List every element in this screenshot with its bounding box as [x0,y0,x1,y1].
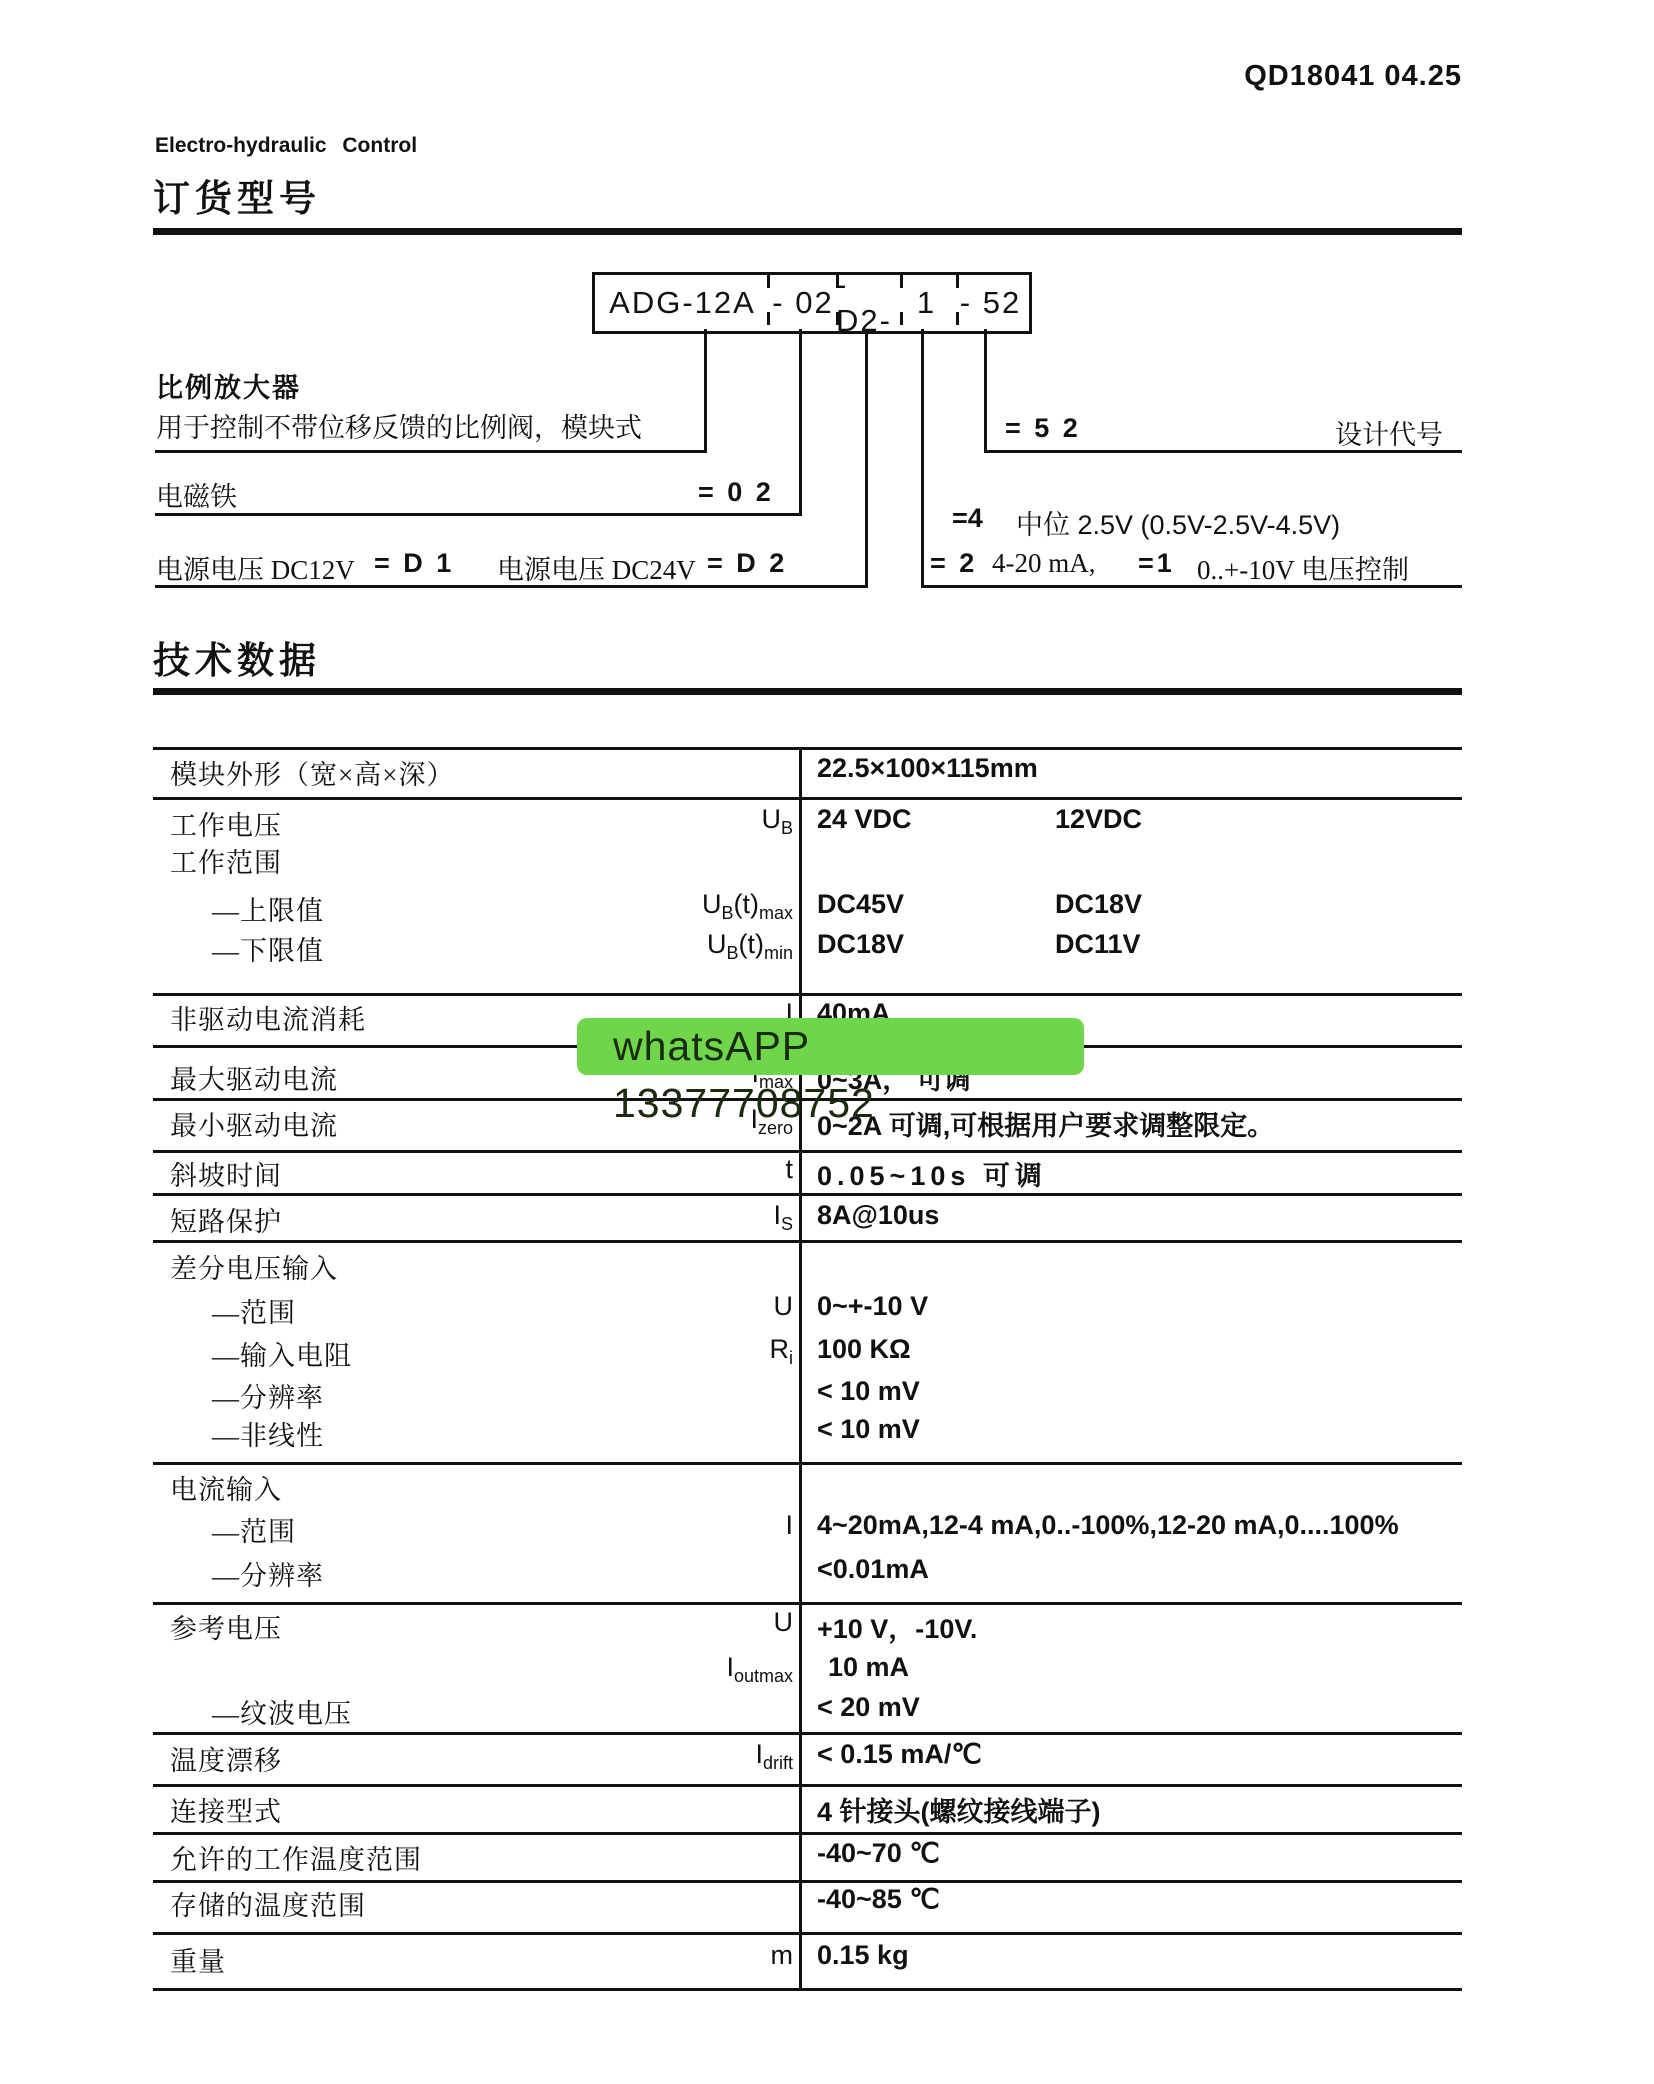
spec-row: 工作电压 UB 24 VDC 12VDC [0,804,1654,840]
spec-row: —输入电阻 Ri 100 KΩ [0,1334,1654,1370]
code-leader-line [799,329,802,516]
code-leader-line [704,329,707,453]
supply-dc12-code: = D 1 [374,548,454,579]
spec-row: 模块外形（宽×高×深） 22.5×100×115mm [0,753,1654,789]
spec-row: —分辨率 <0.01mA [0,1554,1654,1590]
row-label: —输入电阻 [212,1334,352,1373]
table-rule [153,797,1462,800]
row-value-2: DC18V [1055,889,1142,920]
row-value: 4~20mA,12-4 mA,0..-100%,12-20 mA,0....10… [817,1510,1399,1541]
option1-text: 0..+-10V 电压控制 [1197,548,1409,587]
row-label: —范围 [212,1291,296,1330]
row-value: < 0.15 mA/℃ [817,1739,982,1770]
row-symbol: U [560,1291,793,1322]
row-value: DC18V [817,929,904,960]
spec-row: 重量 m 0.15 kg [0,1940,1654,1976]
row-symbol: IS [560,1200,793,1235]
row-symbol: UB [560,804,793,839]
code-leader-line [865,329,868,588]
row-label: —非线性 [212,1414,324,1453]
spec-row: Ioutmax 10 mA [0,1652,1654,1688]
table-rule [153,1988,1462,1991]
amplifier-description: 用于控制不带位移反馈的比例阀，模块式 [156,406,642,445]
code-divider-tick [836,275,839,288]
row-symbol: m [560,1940,793,1971]
option4-code: =4 [952,503,983,534]
row-value-2: 12VDC [1055,804,1142,835]
supply-dc24-code: = D 2 [707,548,787,579]
row-label: —纹波电压 [212,1692,352,1731]
solenoid-code: = 0 2 [698,477,774,508]
model-code-box: ADG-12A - 02 - D2- 1 - 52 [592,272,1032,334]
supply-dc24-label: 电源电压 DC24V [497,548,696,587]
spec-row: —上限值 UB(t)max DC45V DC18V [0,889,1654,925]
spec-row: 工作范围 [0,841,1654,877]
row-value: 0.05~10s 可调 [817,1154,1047,1193]
row-symbol: UB(t)min [560,929,793,964]
table-rule [153,1784,1462,1787]
row-symbol: Idrift [560,1739,793,1774]
code-divider-tick [900,312,903,325]
spec-row: 斜坡时间 t 0.05~10s 可调 [0,1154,1654,1190]
row-value: <0.01mA [817,1554,929,1585]
amplifier-title: 比例放大器 [156,366,301,405]
datasheet-page: QD18041 04.25 Electro-hydraulic Control … [0,0,1654,2084]
row-value: < 20 mV [817,1692,920,1723]
row-label: 短路保护 [170,1200,282,1239]
row-value: 8A@10us [817,1200,939,1231]
table-rule [153,1880,1462,1883]
row-label: 非驱动电流消耗 [170,998,366,1037]
row-label: 重量 [170,1940,226,1979]
code-segment: - D2- [836,275,899,331]
row-value: -40~70 ℃ [817,1838,940,1869]
row-symbol: U [560,1607,793,1638]
row-value: 10 mA [828,1652,909,1683]
row-value: < 10 mV [817,1414,920,1445]
code-rule [155,513,802,516]
design-code: = 5 2 [1005,413,1081,444]
section-rule [153,688,1462,695]
code-segment: - 52 [954,275,1027,331]
spec-row: 允许的工作温度范围 -40~70 ℃ [0,1838,1654,1874]
spec-row: —范围 U 0~+-10 V [0,1291,1654,1327]
row-value-2: DC11V [1055,929,1141,960]
row-label: 电流输入 [170,1468,282,1507]
code-divider-tick [956,312,959,325]
table-rule [153,1240,1462,1243]
spec-row: —纹波电压 < 20 mV [0,1692,1654,1728]
row-label: 斜坡时间 [170,1154,282,1193]
table-rule [153,1150,1462,1153]
design-label: 设计代号 [1335,413,1443,452]
watermark-badge: whatsAPP 13377708752 [577,1018,1084,1075]
row-symbol: UB(t)max [560,889,793,924]
table-rule [153,1602,1462,1605]
row-label: 工作电压 [170,804,282,843]
table-rule [153,1932,1462,1935]
table-rule [153,1193,1462,1196]
row-value: 4 针接头(螺纹接线端子) [817,1790,1101,1829]
spec-row: —范围 I 4~20mA,12-4 mA,0..-100%,12-20 mA,0… [0,1510,1654,1546]
option4-text: 中位 2.5V (0.5V-2.5V-4.5V) [1016,503,1340,542]
table-rule [153,993,1462,996]
row-label: —上限值 [212,889,324,928]
row-value: 0~+-10 V [817,1291,928,1322]
row-label: —分辨率 [212,1554,324,1593]
row-label: 最小驱动电流 [170,1104,338,1143]
row-label: 工作范围 [170,841,282,880]
code-segment: - 02 [770,275,836,331]
solenoid-label: 电磁铁 [156,475,237,514]
code-divider-tick [836,312,839,325]
option2-text: 4-20 mA, [992,548,1096,579]
row-label: —范围 [212,1510,296,1549]
code-leader-line [984,329,987,453]
brand-label: Electro-hydraulic Control [155,134,417,158]
code-divider-tick [900,275,903,288]
spec-row: —分辨率 < 10 mV [0,1376,1654,1412]
supply-dc12-label: 电源电压 DC12V [156,548,355,587]
section-title-ordering: 订货型号 [153,168,321,222]
row-label: 模块外形（宽×高×深） [170,753,454,792]
spec-row: 温度漂移 Idrift < 0.15 mA/℃ [0,1739,1654,1775]
row-value: 24 VDC [817,804,912,835]
row-value: 22.5×100×115mm [817,753,1038,784]
code-segment: ADG-12A [595,275,770,331]
row-value: < 10 mV [817,1376,920,1407]
row-label: —下限值 [212,929,324,968]
code-divider-tick [767,275,770,288]
code-rule [155,450,707,453]
row-label: 允许的工作温度范围 [170,1838,422,1877]
code-leader-line [921,329,924,588]
option1-code: =1 [1138,548,1175,579]
code-segment: 1 [899,275,954,331]
row-value: 0.15 kg [817,1940,909,1971]
row-label: 连接型式 [170,1790,282,1829]
row-value: DC45V [817,889,904,920]
row-label: 温度漂移 [170,1739,282,1778]
section-rule [153,228,1462,235]
row-label: 差分电压输入 [170,1247,338,1286]
document-code: QD18041 04.25 [962,60,1462,93]
table-rule [153,1732,1462,1735]
code-divider-tick [956,275,959,288]
row-label: 存储的温度范围 [170,1884,366,1923]
section-title-technical: 技术数据 [153,630,321,684]
spec-row: 参考电压 U +10 V，-10V. [0,1607,1654,1643]
row-value: 100 KΩ [817,1334,911,1365]
row-value: 0~2A 可调,可根据用户要求调整限定。 [817,1104,1274,1143]
table-rule [153,1462,1462,1465]
spec-row: 连接型式 4 针接头(螺纹接线端子) [0,1790,1654,1826]
row-label: 参考电压 [170,1607,282,1646]
row-label: 最大驱动电流 [170,1058,338,1097]
row-symbol: I [560,1510,793,1541]
row-value: -40~85 ℃ [817,1884,940,1915]
code-divider-tick [767,312,770,325]
spec-row: 差分电压输入 [0,1247,1654,1283]
spec-row: —下限值 UB(t)min DC18V DC11V [0,929,1654,965]
table-rule [153,747,1462,750]
table-rule [153,1832,1462,1835]
row-value: +10 V，-10V. [817,1607,977,1646]
row-symbol: Ioutmax [560,1652,793,1687]
spec-row: —非线性 < 10 mV [0,1414,1654,1450]
option2-code: = 2 [930,548,977,579]
spec-row: 电流输入 [0,1468,1654,1504]
row-symbol: Ri [560,1334,793,1369]
spec-row: 存储的温度范围 -40~85 ℃ [0,1884,1654,1920]
spec-row: 短路保护 IS 8A@10us [0,1200,1654,1236]
row-label: —分辨率 [212,1376,324,1415]
row-symbol: t [560,1154,793,1185]
